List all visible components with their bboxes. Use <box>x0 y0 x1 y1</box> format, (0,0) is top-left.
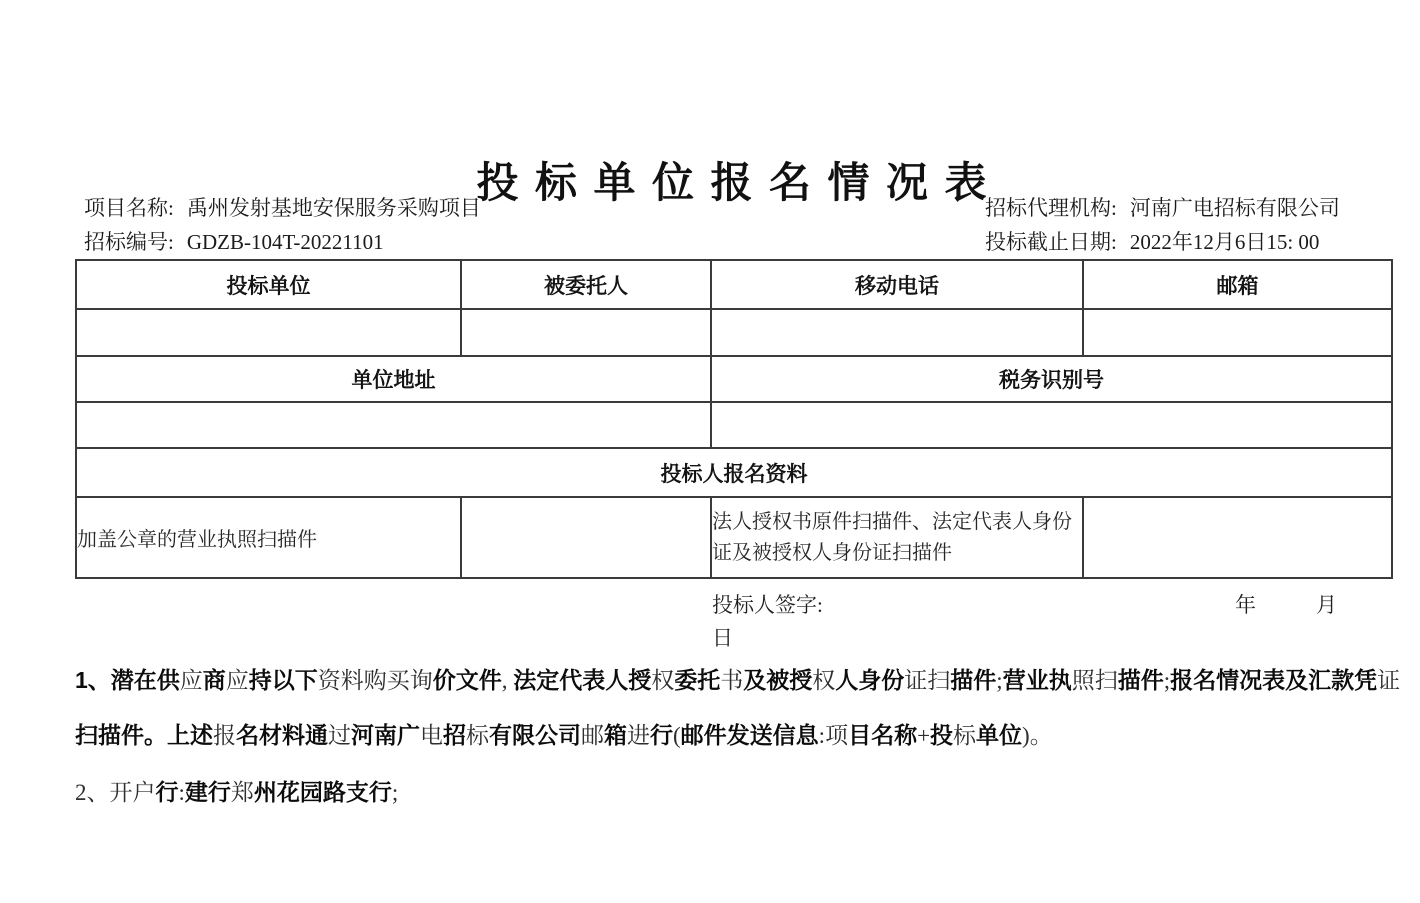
project-name-value: 禹州发射基地安保服务采购项目 <box>187 196 481 220</box>
col-header-tax-id: 税务识别号 <box>711 356 1392 402</box>
doc-business-license: 加盖公章的营业执照扫描件 <box>76 497 461 578</box>
agency-row: 招标代理机构:河南广电招标有限公司 <box>985 192 1340 222</box>
note-1-line-1: 1、潜在供应商应持以下资料购买询价文件, 法定代表人授权委托书及被授权人身份证扫… <box>75 664 1400 697</box>
tender-number-label: 招标编号: <box>84 230 174 254</box>
signature-label: 投标人签字: <box>712 589 823 619</box>
table-header-row: 投标单位 被委托人 移动电话 邮箱 <box>76 260 1392 309</box>
delegate-input-cell <box>461 309 711 356</box>
col-header-email: 邮箱 <box>1083 260 1392 309</box>
section-header-row: 投标人报名资料 <box>76 448 1392 497</box>
registration-table: 投标单位 被委托人 移动电话 邮箱 单位地址 税务识别号 投标人报名资料 加盖公… <box>75 259 1393 579</box>
table-input-row <box>76 309 1392 356</box>
note-2: 2、开户行:建行郑州花园路支行; <box>75 776 398 809</box>
doc-business-license-input-cell <box>461 497 711 578</box>
email-input-cell <box>1083 309 1392 356</box>
mobile-input-cell <box>711 309 1083 356</box>
document-page: 投 标 单 位 报 名 情 况 表 项目名称:禹州发射基地安保服务采购项目 招标… <box>0 0 1420 903</box>
tender-number-row: 招标编号:GDZB-104T-20221101 <box>84 226 384 256</box>
col-header-bidder: 投标单位 <box>76 260 461 309</box>
col-header-delegate: 被委托人 <box>461 260 711 309</box>
deadline-value: 2022年12月6日15: 00 <box>1130 230 1320 254</box>
col-header-mobile: 移动电话 <box>711 260 1083 309</box>
table-merged-header-row: 单位地址 税务识别号 <box>76 356 1392 402</box>
col-header-address: 单位地址 <box>76 356 711 402</box>
tax-id-input-cell <box>711 402 1392 448</box>
agency-value: 河南广电招标有限公司 <box>1130 196 1340 220</box>
agency-label: 招标代理机构: <box>985 196 1117 220</box>
section-header-registration-materials: 投标人报名资料 <box>76 448 1392 497</box>
bidder-input-cell <box>76 309 461 356</box>
note-1-line-2: 扫描件。上述报名材料通过河南广电招标有限公司邮箱进行(邮件发送信息:项目名称+投… <box>75 719 1053 752</box>
signature-month-label: 月 <box>1316 589 1337 619</box>
project-name-label: 项目名称: <box>84 196 174 220</box>
documents-row: 加盖公章的营业执照扫描件 法人授权书原件扫描件、法定代表人身份证及被授权人身份证… <box>76 497 1392 578</box>
deadline-row: 投标截止日期:2022年12月6日15: 00 <box>985 226 1319 256</box>
doc-authorization-ids: 法人授权书原件扫描件、法定代表人身份证及被授权人身份证扫描件 <box>711 497 1083 578</box>
address-input-cell <box>76 402 711 448</box>
deadline-label: 投标截止日期: <box>985 230 1117 254</box>
signature-year-label: 年 <box>1235 589 1256 619</box>
signature-day-label: 日 <box>712 622 733 652</box>
project-name-row: 项目名称:禹州发射基地安保服务采购项目 <box>84 192 481 222</box>
tender-number-value: GDZB-104T-20221101 <box>187 230 384 254</box>
table-merged-input-row <box>76 402 1392 448</box>
doc-authorization-input-cell <box>1083 497 1392 578</box>
